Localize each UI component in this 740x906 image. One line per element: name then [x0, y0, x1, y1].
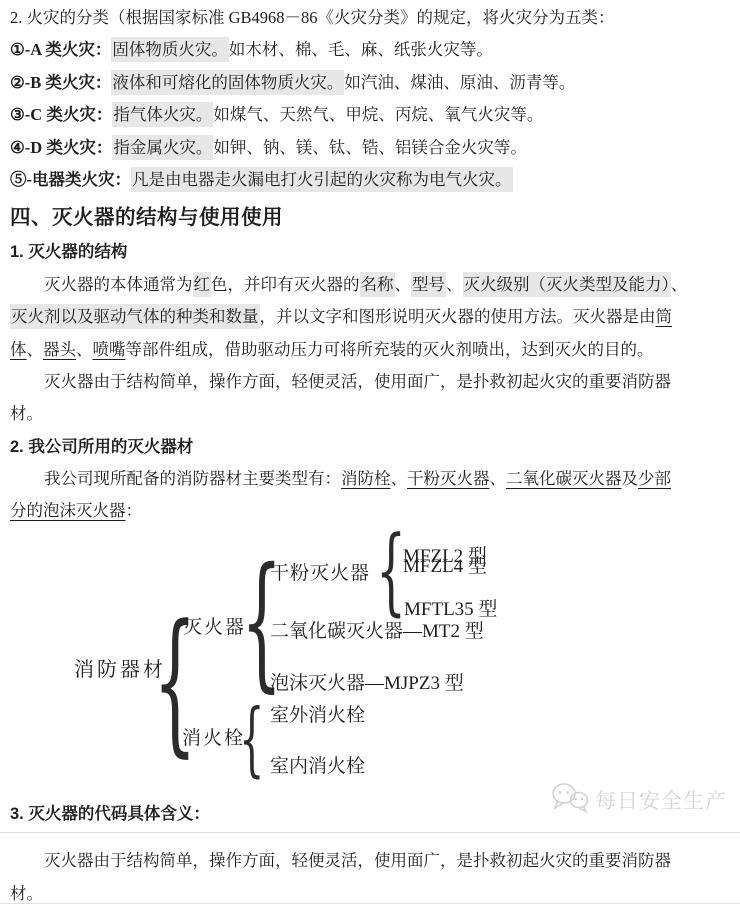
page-divider [0, 832, 740, 833]
text-run: 灭火剂以及驱动气体的种类和数量 [10, 304, 260, 329]
text-run: 固体物质火灾。 [111, 37, 229, 62]
text-run: 干粉灭火器 [407, 469, 490, 488]
curly-brace-icon: { [239, 699, 265, 780]
text-run: 名称 [360, 272, 395, 297]
text-run: 、 [671, 275, 688, 294]
text-line: 2. 我公司所用的灭火器材 [10, 431, 722, 463]
text-run: 色，并印有灭火器的 [211, 275, 360, 294]
text-run: 等部件组成，借助驱动压力可将所充装的灭火剂喷出，达到灭火的目的。 [126, 340, 654, 359]
watermark: 每日安全生产 [550, 781, 727, 819]
text-run: 、 [76, 340, 93, 359]
text-run: 、 [27, 340, 44, 359]
text-run: ②-B 类火灾： [10, 73, 111, 92]
text-run: 如木材、棉、毛、麻、纸张火灾等。 [229, 40, 493, 59]
text-run: 、 [391, 469, 408, 488]
diagram-co2-label: 二氧化碳灭火器—MT2 型 [270, 620, 484, 644]
text-run: 筒 [656, 307, 673, 326]
text-run: 2. 火灾的分类（根据国家标准 GB4968－86《火灾分类》的规定，将火灾分为… [10, 8, 615, 27]
text-run: 二氧化碳灭火器 [506, 469, 622, 488]
text-run: 消防栓 [341, 469, 391, 488]
text-run: 及 [622, 469, 639, 488]
text-run: ③-C 类火灾： [10, 105, 112, 124]
text-run: 、 [490, 469, 507, 488]
diagram-outdoor-hydrant-label: 室外消火栓 [270, 704, 365, 728]
text-line: ④-D 类火灾：指金属火灾。如钾、钠、镁、钛、锆、铝镁合金火灾等。 [10, 132, 722, 164]
text-run: 灭火器的本体通常为 [44, 275, 193, 294]
curly-brace-icon: { [376, 524, 406, 620]
text-line: ①-A 类火灾：固体物质火灾。如木材、棉、毛、麻、纸张火灾等。 [10, 34, 722, 66]
text-run: 四、灭火器的结构与使用使用 [10, 206, 283, 229]
text-run: 材。 [10, 404, 43, 423]
watermark-text: 每日安全生产 [595, 785, 727, 815]
text-run: 少部 [638, 469, 671, 488]
text-run: 喷嘴 [93, 340, 126, 359]
diagram-extinguisher-label: 灭火器 [183, 616, 246, 640]
text-run: 凡是由电器走火漏电打火引起的火灾称为电气火灾。 [131, 167, 513, 192]
text-run: 灭火器由于结构简单，操作方面，轻便灵活，使用面广，是扑救初起火灾的重要消防器 [44, 372, 671, 391]
text-line: ③-C 类火灾：指气体火灾。如煤气、天然气、甲烷、丙烷、氧气火灾等。 [10, 99, 722, 131]
text-run: 如汽油、煤油、原油、沥青等。 [344, 73, 575, 92]
text-run: 我公司现所配备的消防器材主要类型有： [44, 469, 341, 488]
text-run: 材。 [10, 884, 43, 903]
text-line: 1. 灭火器的结构 [10, 236, 722, 268]
text-run: 体 [10, 340, 27, 359]
diagram-foam-label: 泡沫灭火器—MJPZ3 型 [270, 672, 464, 696]
text-line: ⑤-电器类火灾：凡是由电器走火漏电打火引起的火灾称为电气火灾。 [10, 164, 722, 196]
text-run: 器头 [43, 340, 76, 359]
text-line: 2. 火灾的分类（根据国家标准 GB4968－86《火灾分类》的规定，将火灾分为… [10, 2, 722, 34]
document-body: 2. 火灾的分类（根据国家标准 GB4968－86《火灾分类》的规定，将火灾分为… [0, 0, 740, 906]
text-line: 灭火器的本体通常为红色，并印有灭火器的名称、型号、灭火级别（灭火类型及能力）、 [10, 269, 722, 301]
text-run: ⑤-电器类火灾： [10, 170, 131, 189]
text-run: 、 [395, 275, 412, 294]
text-run: 3. 灭火器的代码具体含义： [10, 805, 210, 823]
text-line: 材。 [10, 878, 722, 906]
text-line: 材。 [10, 398, 722, 430]
diagram-dry-powder-label: 干粉灭火器 [270, 562, 370, 586]
text-line: 四、灭火器的结构与使用使用 [10, 196, 722, 236]
text-line: 我公司现所配备的消防器材主要类型有：消防栓、干粉灭火器、二氧化碳灭火器及少部 [10, 463, 722, 495]
fire-equipment-diagram: 消防器材 { 灭火器 { 干粉灭火器 { MFZL2 型 MFZL4 型 MFT… [10, 528, 722, 798]
text-run: 液体和可熔化的固体物质火灾。 [111, 70, 344, 95]
wechat-bubbles-icon [550, 781, 590, 819]
text-run: 1. 灭火器的结构 [10, 243, 127, 261]
text-line: 体、器头、喷嘴等部件组成，借助驱动压力可将所充装的灭火剂喷出，达到灭火的目的。 [10, 334, 722, 366]
diagram-model-mfzl4: MFZL4 型 [403, 555, 487, 579]
text-line: 灭火器由于结构简单，操作方面，轻便灵活，使用面广，是扑救初起火灾的重要消防器 [10, 366, 722, 398]
text-run: 指气体火灾。 [112, 102, 213, 127]
text-run: 指金属火灾。 [112, 135, 213, 160]
text-run: 灭火级别（灭火类型及能力） [463, 272, 671, 297]
diagram-indoor-hydrant-label: 室内消火栓 [270, 755, 365, 779]
text-run: 型号 [411, 272, 446, 297]
text-run: 2. 我公司所用的灭火器材 [10, 438, 193, 456]
text-run: 灭火器由于结构简单，操作方面，轻便灵活，使用面广，是扑救初起火灾的重要消防器 [44, 851, 671, 870]
text-run: ④-D 类火灾： [10, 138, 112, 157]
text-run: ①-A 类火灾： [10, 40, 111, 59]
diagram-hydrant-label: 消火栓 [182, 727, 245, 751]
text-line: 分的泡沫灭火器： [10, 495, 722, 527]
text-line: 灭火器由于结构简单，操作方面，轻便灵活，使用面广，是扑救初起火灾的重要消防器 [10, 845, 722, 877]
text-run: ，并以文字和图形说明灭火器的使用方法。灭火器是由 [260, 307, 656, 326]
text-line: 灭火剂以及驱动气体的种类和数量，并以文字和图形说明灭火器的使用方法。灭火器是由筒 [10, 301, 722, 333]
document-text-top: 2. 火灾的分类（根据国家标准 GB4968－86《火灾分类》的规定，将火灾分为… [10, 2, 722, 528]
text-run: ： [126, 501, 143, 520]
page-bottom-edge [0, 903, 740, 904]
text-run: 如钾、钠、镁、钛、锆、铝镁合金火灾等。 [213, 138, 527, 157]
document-text-bottom: 灭火器由于结构简单，操作方面，轻便灵活，使用面广，是扑救初起火灾的重要消防器材。 [10, 845, 722, 906]
text-run: 红 [193, 272, 212, 297]
text-run: 、 [446, 275, 463, 294]
diagram-model-mftl35: MFTL35 型 [404, 598, 497, 622]
document-page: 2. 火灾的分类（根据国家标准 GB4968－86《火灾分类》的规定，将火灾分为… [0, 0, 740, 906]
text-line: ②-B 类火灾：液体和可熔化的固体物质火灾。如汽油、煤油、原油、沥青等。 [10, 67, 722, 99]
text-run: 分的泡沫灭火器 [10, 501, 126, 520]
text-run: 如煤气、天然气、甲烷、丙烷、氧气火灾等。 [213, 105, 543, 124]
